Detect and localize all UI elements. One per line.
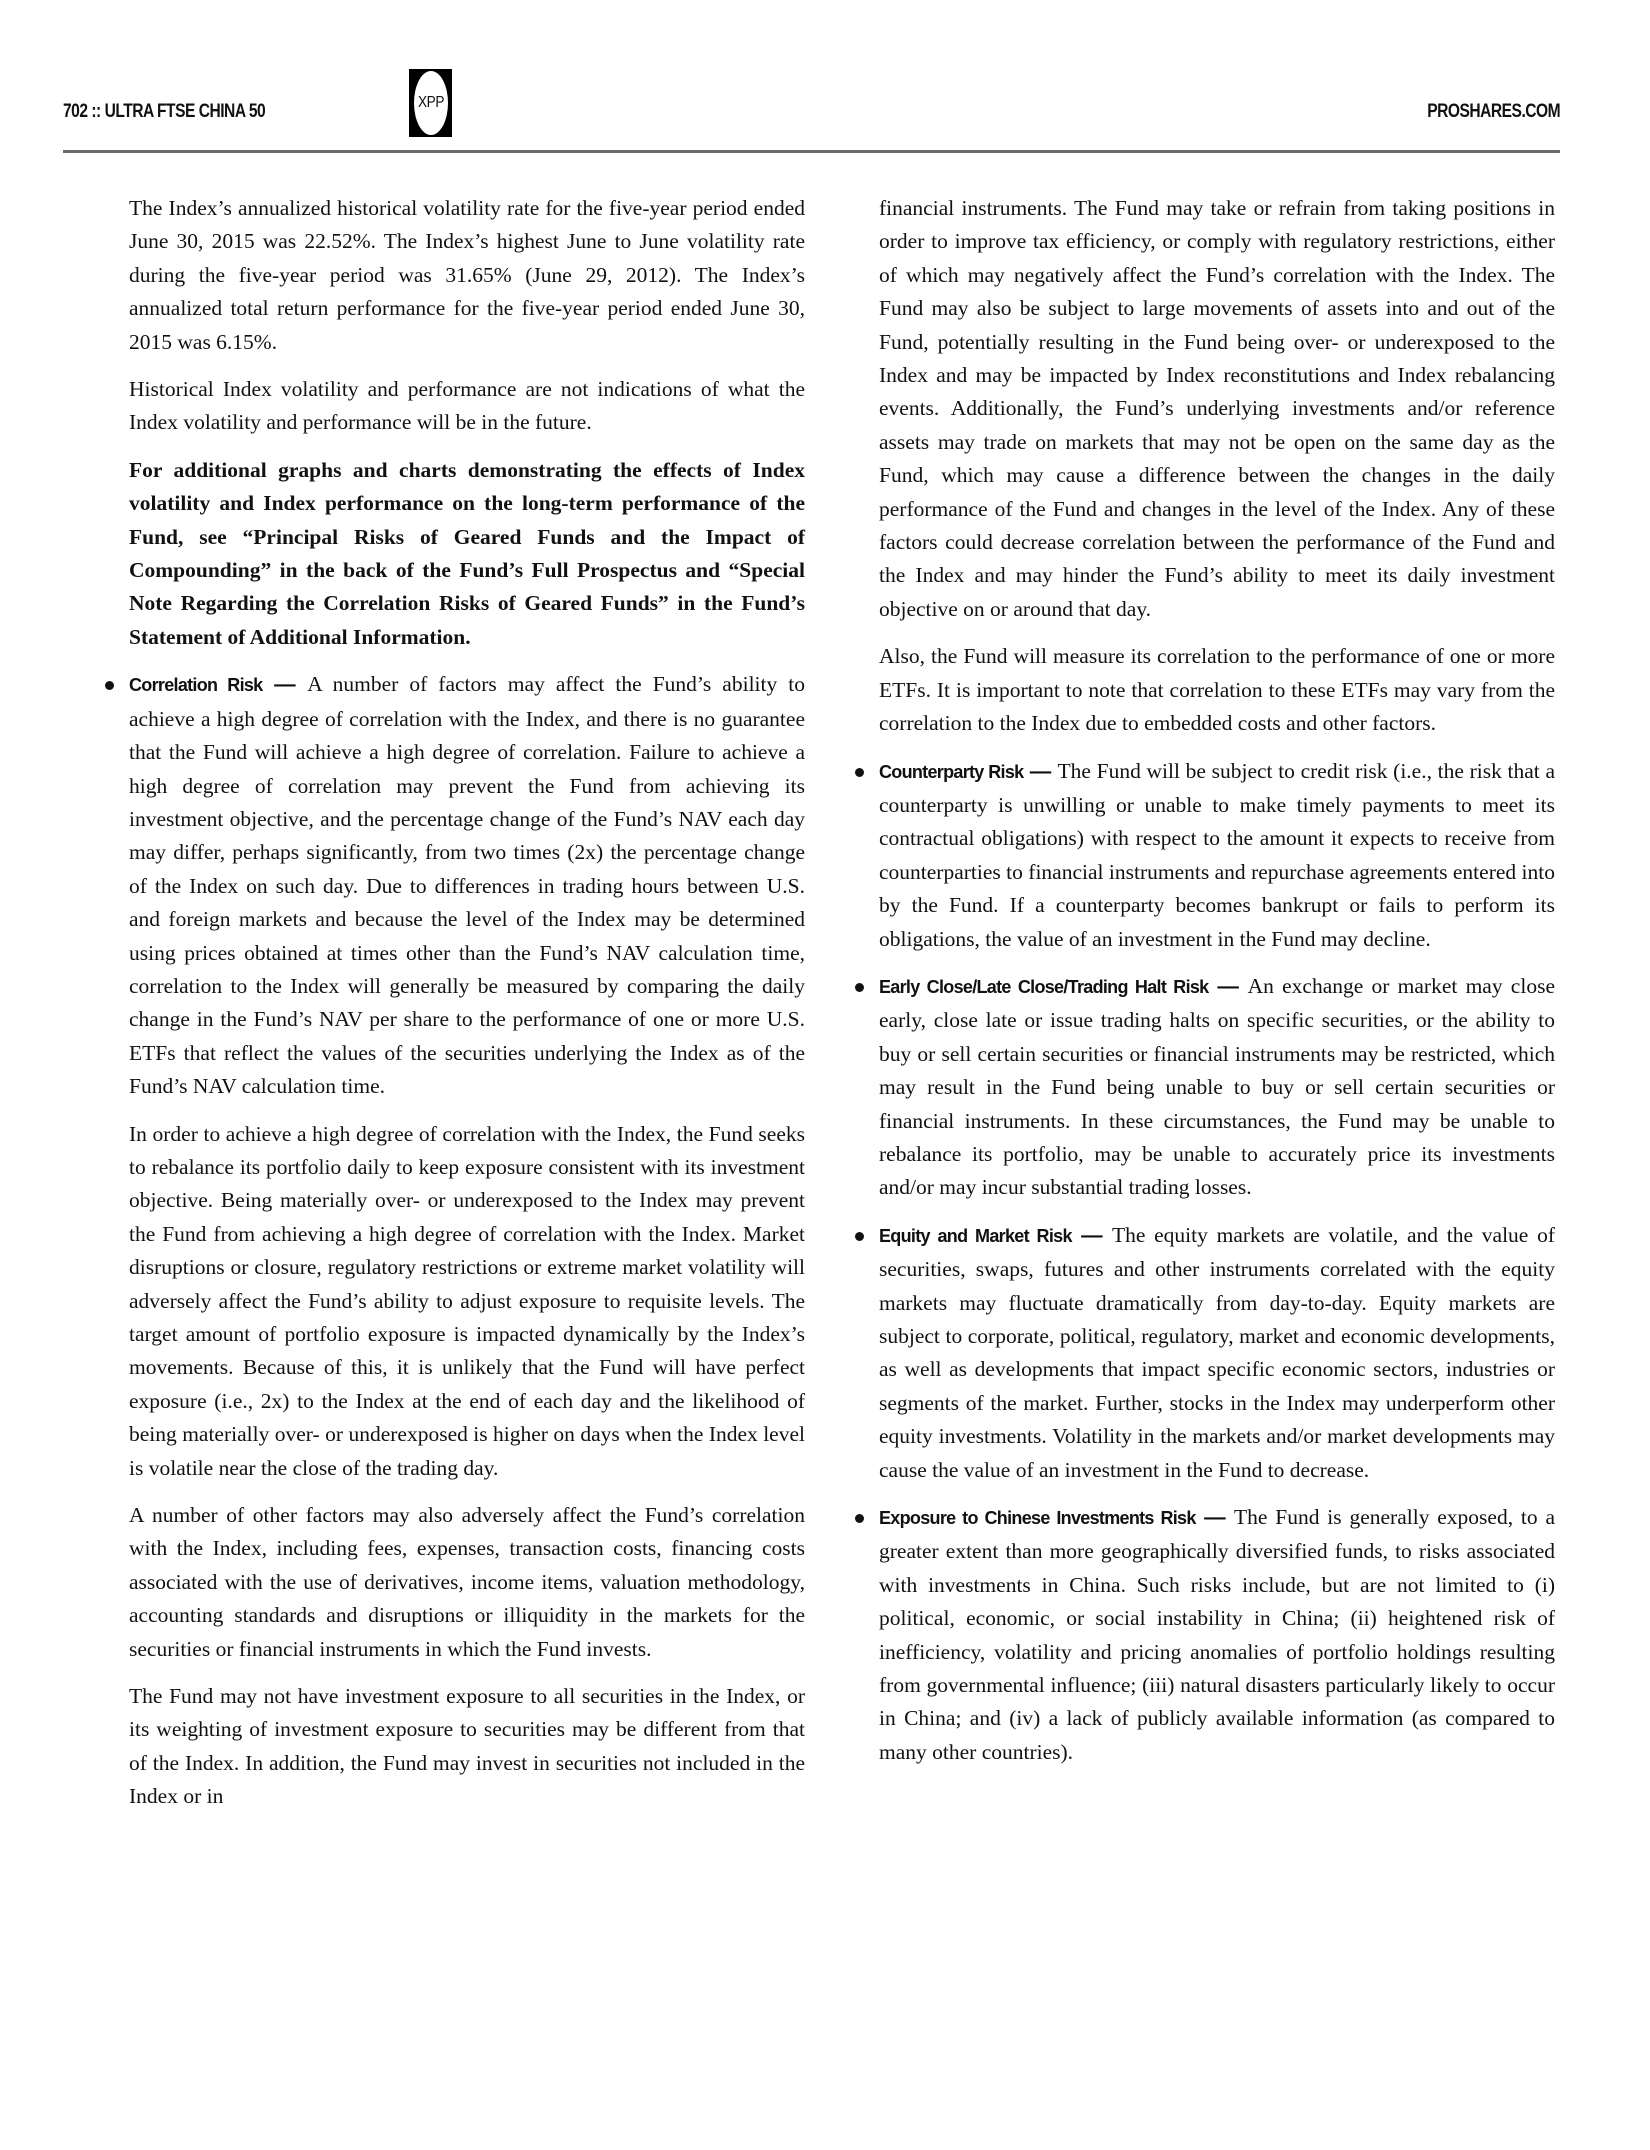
rebalance-paragraph: In order to achieve a high degree of cor… (129, 1118, 805, 1485)
risk-text: The Fund is generally exposed, to a grea… (879, 1505, 1555, 1764)
risk-title: Exposure to Chinese Investments Risk (879, 1508, 1196, 1528)
continued-paragraph: financial instruments. The Fund may take… (879, 192, 1555, 626)
risk-item-trading-halt: Early Close/Late Close/Trading Halt Risk… (879, 970, 1555, 1205)
risk-title: Correlation Risk (129, 675, 263, 695)
risk-dash: — (1023, 759, 1057, 783)
risk-text: The Fund will be subject to credit risk … (879, 759, 1555, 951)
risk-item-counterparty: Counterparty Risk — The Fund will be sub… (879, 755, 1555, 956)
bullet-icon (855, 768, 864, 777)
page-label: 702 :: ULTRA FTSE CHINA 50 (63, 101, 265, 123)
left-column: The Index’s annualized historical volati… (129, 192, 805, 1828)
exposure-paragraph: The Fund may not have investment exposur… (129, 1680, 805, 1814)
page-header: 702 :: ULTRA FTSE CHINA 50 XPP PROSHARES… (63, 68, 1560, 152)
bullet-icon (855, 1514, 864, 1523)
etf-correlation-paragraph: Also, the Fund will measure its correlat… (879, 640, 1555, 740)
other-factors-paragraph: A number of other factors may also adver… (129, 1499, 805, 1666)
ticker-badge-label: XPP (414, 71, 448, 135)
disclaimer-paragraph: Historical Index volatility and performa… (129, 373, 805, 440)
risk-dash: — (1209, 974, 1248, 998)
risk-item-correlation: Correlation Risk — A number of factors m… (129, 668, 805, 1103)
site-label: PROSHARES.COM (1427, 101, 1560, 123)
bullet-icon (855, 1232, 864, 1241)
risk-dash: — (1196, 1505, 1234, 1529)
ticker-badge: XPP (409, 69, 452, 137)
risk-text: The equity markets are volatile, and the… (879, 1223, 1555, 1482)
bullet-icon (105, 681, 114, 690)
risk-text: An exchange or market may close early, c… (879, 974, 1555, 1199)
risk-title: Equity and Market Risk (879, 1226, 1072, 1246)
risk-title: Early Close/Late Close/Trading Halt Risk (879, 977, 1209, 997)
risk-dash: — (263, 672, 308, 696)
risk-item-chinese-investments: Exposure to Chinese Investments Risk — T… (879, 1501, 1555, 1769)
volatility-paragraph: The Index’s annualized historical volati… (129, 192, 805, 359)
risk-item-equity-market: Equity and Market Risk — The equity mark… (879, 1219, 1555, 1487)
right-column: financial instruments. The Fund may take… (879, 192, 1555, 1783)
additional-info-paragraph: For additional graphs and charts demonst… (129, 454, 805, 654)
header-rule (63, 150, 1560, 153)
bullet-icon (855, 983, 864, 992)
risk-text: A number of factors may affect the Fund’… (129, 672, 805, 1098)
risk-dash: — (1072, 1223, 1112, 1247)
risk-title: Counterparty Risk (879, 762, 1023, 782)
